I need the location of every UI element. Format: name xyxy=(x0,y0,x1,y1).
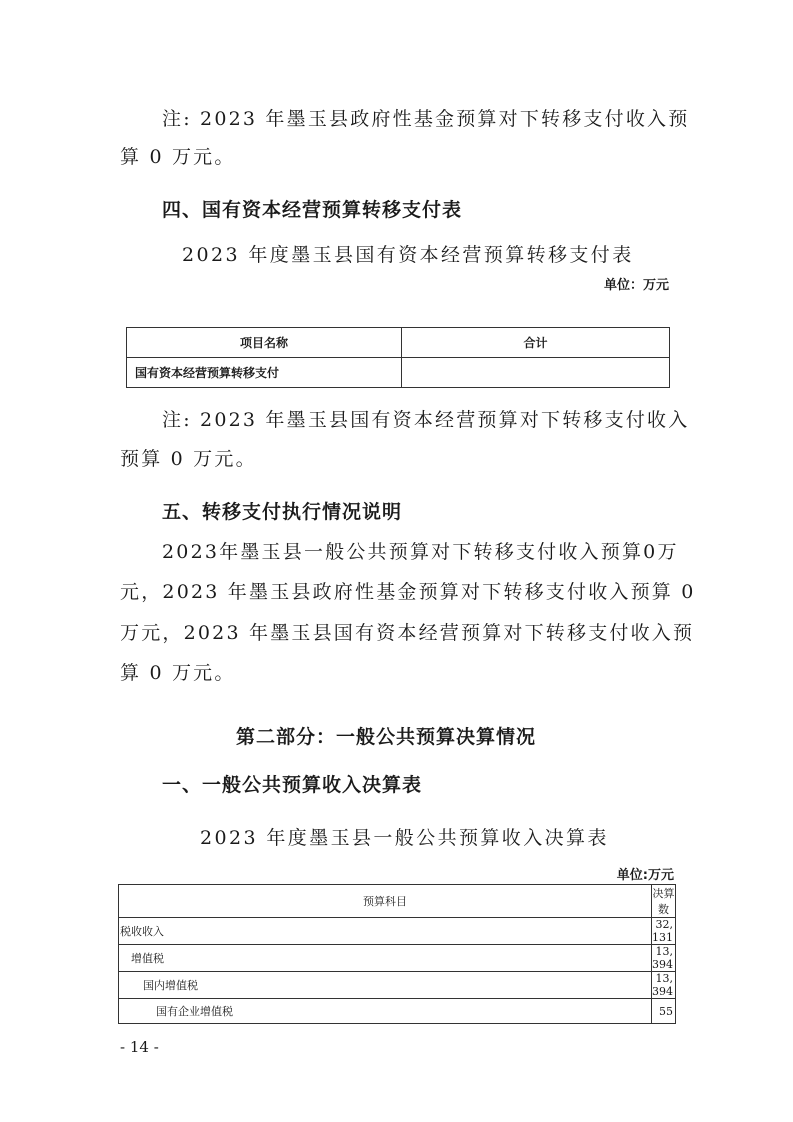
header-final-amount: 决算数 xyxy=(652,885,676,918)
note-govfund-line1: 注: 2023 年墨玉县政府性基金预算对下转移支付收入预 xyxy=(162,110,689,129)
cell-subject: 税收收入 xyxy=(119,918,652,945)
part2-table-title: 2023 年度墨玉县一般公共预算收入决算表 xyxy=(200,823,609,850)
part2-heading: 第二部分：一般公共预算决算情况 xyxy=(236,722,536,749)
cell-amount: 13, 394 xyxy=(652,972,676,999)
section5-heading: 五、转移支付执行情况说明 xyxy=(162,497,402,524)
section4-heading: 四、国有资本经营预算转移支付表 xyxy=(162,195,462,222)
section5-para-line3: 万元，2023 年墨玉县国有资本经营预算对下转移支付收入预 xyxy=(120,624,694,643)
cell-amount: 13, 394 xyxy=(652,945,676,972)
cell-amount: 32, 131 xyxy=(652,918,676,945)
header-budget-subject: 预算科目 xyxy=(119,885,652,918)
table-row: 国有企业增值税 55 xyxy=(119,999,676,1024)
section4-note-line1: 注: 2023 年墨玉县国有资本经营预算对下转移支付收入 xyxy=(162,411,689,430)
section5-para-line4: 算 0 万元。 xyxy=(120,664,236,683)
cell-total xyxy=(402,358,670,388)
table-header-row: 预算科目 决算数 xyxy=(119,885,676,918)
cell-project-name: 国有资本经营预算转移支付 xyxy=(127,358,402,388)
general-budget-revenue-table: 预算科目 决算数 税收收入 32, 131 增值税 13, 394 国内增值税 … xyxy=(118,884,676,1024)
section4-note-line2: 预算 0 万元。 xyxy=(120,450,257,469)
cell-subject: 国有企业增值税 xyxy=(119,999,652,1024)
section5-para-line2: 元，2023 年墨玉县政府性基金预算对下转移支付收入预算 0 xyxy=(120,583,696,602)
part2-sub1-heading: 一、一般公共预算收入决算表 xyxy=(162,770,422,797)
page-number: - 14 - xyxy=(120,1038,159,1056)
cell-subject: 国内增值税 xyxy=(119,972,652,999)
cell-amount: 55 xyxy=(652,999,676,1024)
cell-subject: 增值税 xyxy=(119,945,652,972)
part2-unit-label: 单位:万元 xyxy=(617,864,674,883)
header-total: 合计 xyxy=(402,328,670,358)
state-capital-transfer-table: 项目名称 合计 国有资本经营预算转移支付 xyxy=(126,327,670,388)
table-row: 国内增值税 13, 394 xyxy=(119,972,676,999)
table-row: 国有资本经营预算转移支付 xyxy=(127,358,670,388)
section5-para-line1: 2023年墨玉县一般公共预算对下转移支付收入预算0万 xyxy=(162,543,679,562)
table-row: 增值税 13, 394 xyxy=(119,945,676,972)
note-govfund-line2: 算 0 万元。 xyxy=(120,148,236,167)
header-project-name: 项目名称 xyxy=(127,328,402,358)
section4-table-title: 2023 年度墨玉县国有资本经营预算转移支付表 xyxy=(182,240,634,267)
section4-unit-label: 单位：万元 xyxy=(604,274,669,293)
table-row: 税收收入 32, 131 xyxy=(119,918,676,945)
table-header-row: 项目名称 合计 xyxy=(127,328,670,358)
